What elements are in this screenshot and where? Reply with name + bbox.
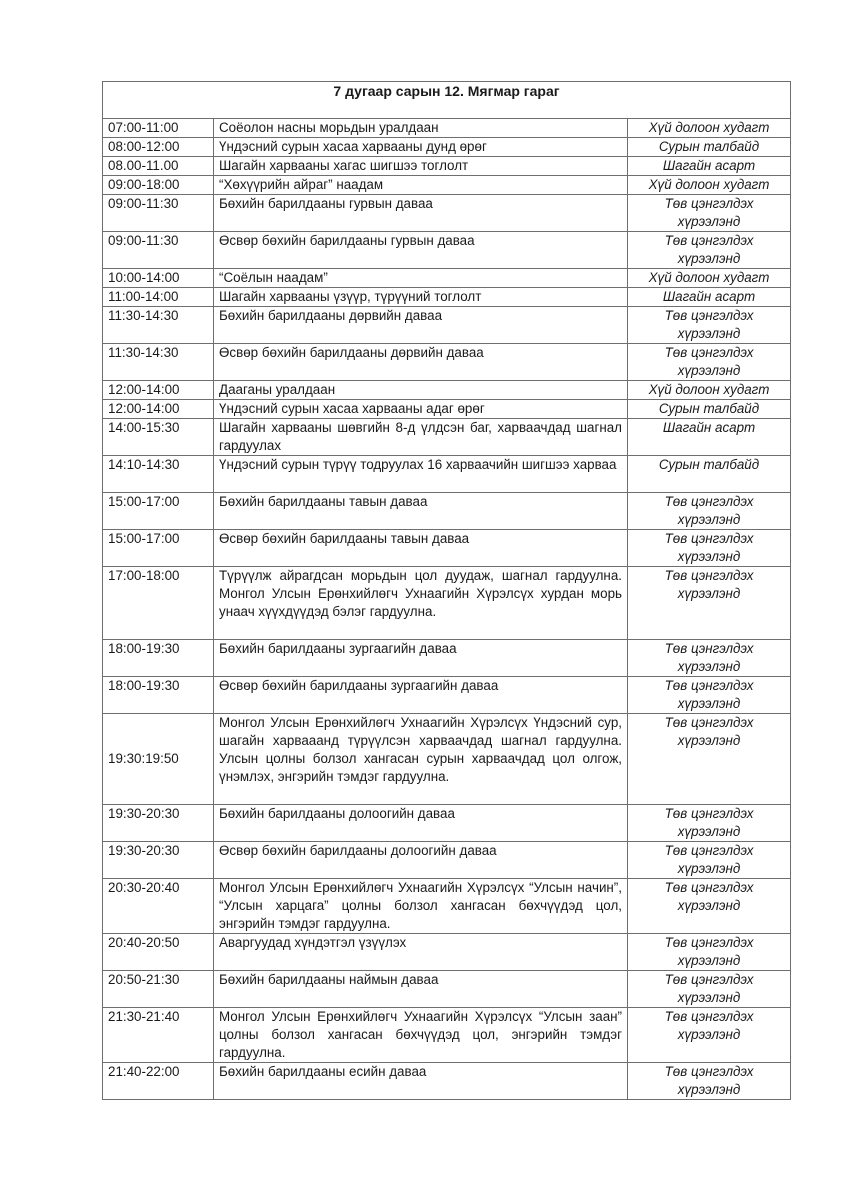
table-row: 08:00-12:00Үндэсний сурын хасаа харвааны… <box>103 138 791 157</box>
venue-cell: Төв цэнгэлдэх хүрээлэнд <box>628 842 791 879</box>
time-cell: 08:00-12:00 <box>103 138 214 157</box>
event-cell: Өсвөр бөхийн барилдааны тавын даваа <box>214 530 628 567</box>
venue-cell: Шагайн асарт <box>628 288 791 307</box>
table-row: 12:00-14:00Дааганы уралдаанХүй долоон ху… <box>103 381 791 400</box>
event-cell: Бөхийн барилдааны наймын даваа <box>214 971 628 1008</box>
time-cell: 09:00-11:30 <box>103 232 214 269</box>
table-row: 14:00-15:30Шагайн харвааны шөвгийн 8-д ү… <box>103 419 791 456</box>
event-cell: Бөхийн барилдааны дөрвийн даваа <box>214 307 628 344</box>
table-row: 09:00-11:30Бөхийн барилдааны гурвын дава… <box>103 195 791 232</box>
table-row: 11:30-14:30Бөхийн барилдааны дөрвийн дав… <box>103 307 791 344</box>
event-cell: “Соёлын наадам” <box>214 269 628 288</box>
time-cell: 18:00-19:30 <box>103 677 214 714</box>
venue-cell: Төв цэнгэлдэх хүрээлэнд <box>628 232 791 269</box>
table-row: 19:30:19:50Монгол Улсын Ерөнхийлөгч Ухна… <box>103 714 791 805</box>
schedule-table: 7 дугаар сарын 12. Мягмар гараг 07:00-11… <box>102 81 791 1100</box>
time-cell: 09:00-18:00 <box>103 176 214 195</box>
table-row: 11:00-14:00Шагайн харвааны үзүүр, түрүүн… <box>103 288 791 307</box>
venue-cell: Сурын талбайд <box>628 138 791 157</box>
venue-cell: Сурын талбайд <box>628 456 791 493</box>
time-cell: 11:30-14:30 <box>103 344 214 381</box>
time-cell: 20:50-21:30 <box>103 971 214 1008</box>
time-cell: 11:00-14:00 <box>103 288 214 307</box>
time-cell: 09:00-11:30 <box>103 195 214 232</box>
table-row: 18:00-19:30Бөхийн барилдааны зургаагийн … <box>103 640 791 677</box>
venue-cell: Төв цэнгэлдэх хүрээлэнд <box>628 344 791 381</box>
venue-cell: Төв цэнгэлдэх хүрээлэнд <box>628 307 791 344</box>
venue-cell: Төв цэнгэлдэх хүрээлэнд <box>628 934 791 971</box>
time-cell: 12:00-14:00 <box>103 381 214 400</box>
venue-cell: Төв цэнгэлдэх хүрээлэнд <box>628 493 791 530</box>
venue-cell: Төв цэнгэлдэх хүрээлэнд <box>628 971 791 1008</box>
time-cell: 07:00-11:00 <box>103 119 214 138</box>
table-row: 10:00-14:00“Соёлын наадам”Хүй долоон худ… <box>103 269 791 288</box>
event-cell: Өсвөр бөхийн барилдааны зургаагийн даваа <box>214 677 628 714</box>
event-cell: Бөхийн барилдааны тавын даваа <box>214 493 628 530</box>
table-row: 19:30-20:30Бөхийн барилдааны долоогийн д… <box>103 805 791 842</box>
table-row: 21:30-21:40Монгол Улсын Ерөнхийлөгч Ухна… <box>103 1008 791 1063</box>
time-cell: 15:00-17:00 <box>103 530 214 567</box>
document-page: 7 дугаар сарын 12. Мягмар гараг 07:00-11… <box>0 0 848 1200</box>
table-row: 11:30-14:30Өсвөр бөхийн барилдааны дөрви… <box>103 344 791 381</box>
event-cell: Өсвөр бөхийн барилдааны дөрвийн даваа <box>214 344 628 381</box>
venue-cell: Төв цэнгэлдэх хүрээлэнд <box>628 879 791 934</box>
event-cell: Бөхийн барилдааны долоогийн даваа <box>214 805 628 842</box>
page-title: 7 дугаар сарын 12. Мягмар гараг <box>103 82 791 119</box>
venue-cell: Шагайн асарт <box>628 419 791 456</box>
time-cell: 21:40-22:00 <box>103 1063 214 1100</box>
time-cell: 14:00-15:30 <box>103 419 214 456</box>
venue-cell: Төв цэнгэлдэх хүрээлэнд <box>628 195 791 232</box>
event-cell: Өсвөр бөхийн барилдааны долоогийн даваа <box>214 842 628 879</box>
event-cell: Соёолон насны морьдын уралдаан <box>214 119 628 138</box>
venue-cell: Төв цэнгэлдэх хүрээлэнд <box>628 567 791 640</box>
venue-cell: Хүй долоон худагт <box>628 381 791 400</box>
title-row: 7 дугаар сарын 12. Мягмар гараг <box>103 82 791 119</box>
event-cell: Монгол Улсын Ерөнхийлөгч Ухнаагийн Хүрэл… <box>214 1008 628 1063</box>
time-cell: 15:00-17:00 <box>103 493 214 530</box>
event-cell: Бөхийн барилдааны есийн даваа <box>214 1063 628 1100</box>
event-cell: “Хөхүүрийн айраг” наадам <box>214 176 628 195</box>
venue-cell: Хүй долоон худагт <box>628 269 791 288</box>
table-row: 19:30-20:30Өсвөр бөхийн барилдааны долоо… <box>103 842 791 879</box>
event-cell: Өсвөр бөхийн барилдааны гурвын даваа <box>214 232 628 269</box>
table-row: 07:00-11:00Соёолон насны морьдын уралдаа… <box>103 119 791 138</box>
time-cell: 19:30-20:30 <box>103 842 214 879</box>
time-cell: 21:30-21:40 <box>103 1008 214 1063</box>
table-row: 12:00-14:00Үндэсний сурын хасаа харвааны… <box>103 400 791 419</box>
venue-cell: Сурын талбайд <box>628 400 791 419</box>
event-cell: Үндэсний сурын хасаа харвааны дунд өрөг <box>214 138 628 157</box>
time-cell: 18:00-19:30 <box>103 640 214 677</box>
event-cell: Аваргуудад хүндэтгэл үзүүлэх <box>214 934 628 971</box>
time-cell: 20:30-20:40 <box>103 879 214 934</box>
table-row: 21:40-22:00Бөхийн барилдааны есийн даваа… <box>103 1063 791 1100</box>
time-cell: 12:00-14:00 <box>103 400 214 419</box>
venue-cell: Төв цэнгэлдэх хүрээлэнд <box>628 1008 791 1063</box>
event-cell: Шагайн харвааны шөвгийн 8-д үлдсэн баг, … <box>214 419 628 456</box>
table-row: 15:00-17:00Өсвөр бөхийн барилдааны тавын… <box>103 530 791 567</box>
table-row: 20:40-20:50Аваргуудад хүндэтгэл үзүүлэхТ… <box>103 934 791 971</box>
event-cell: Түрүүлж айрагдсан морьдын цол дуудаж, ша… <box>214 567 628 640</box>
event-cell: Үндэсний сурын хасаа харвааны адаг өрөг <box>214 400 628 419</box>
table-row: 09:00-18:00“Хөхүүрийн айраг” наадамХүй д… <box>103 176 791 195</box>
table-row: 14:10-14:30Үндэсний сурын түрүү тодруула… <box>103 456 791 493</box>
table-row: 20:30-20:40Монгол Улсын Ерөнхийлөгч Ухна… <box>103 879 791 934</box>
venue-cell: Төв цэнгэлдэх хүрээлэнд <box>628 530 791 567</box>
event-cell: Шагайн харвааны үзүүр, түрүүний тоглолт <box>214 288 628 307</box>
table-row: 15:00-17:00Бөхийн барилдааны тавын даваа… <box>103 493 791 530</box>
time-cell: 19:30:19:50 <box>103 714 214 805</box>
event-cell: Монгол Улсын Ерөнхийлөгч Ухнаагийн Хүрэл… <box>214 879 628 934</box>
table-row: 08.00-11.00Шагайн харвааны хагас шигшээ … <box>103 157 791 176</box>
event-cell: Дааганы уралдаан <box>214 381 628 400</box>
time-cell: 19:30-20:30 <box>103 805 214 842</box>
time-cell: 20:40-20:50 <box>103 934 214 971</box>
event-cell: Бөхийн барилдааны зургаагийн даваа <box>214 640 628 677</box>
table-row: 20:50-21:30Бөхийн барилдааны наймын дава… <box>103 971 791 1008</box>
time-cell: 08.00-11.00 <box>103 157 214 176</box>
table-row: 17:00-18:00Түрүүлж айрагдсан морьдын цол… <box>103 567 791 640</box>
event-cell: Бөхийн барилдааны гурвын даваа <box>214 195 628 232</box>
venue-cell: Төв цэнгэлдэх хүрээлэнд <box>628 714 791 805</box>
event-cell: Үндэсний сурын түрүү тодруулах 16 харваа… <box>214 456 628 493</box>
venue-cell: Төв цэнгэлдэх хүрээлэнд <box>628 640 791 677</box>
schedule-table-body: 7 дугаар сарын 12. Мягмар гараг 07:00-11… <box>103 82 791 1100</box>
venue-cell: Хүй долоон худагт <box>628 119 791 138</box>
venue-cell: Төв цэнгэлдэх хүрээлэнд <box>628 805 791 842</box>
time-cell: 17:00-18:00 <box>103 567 214 640</box>
table-row: 09:00-11:30Өсвөр бөхийн барилдааны гурвы… <box>103 232 791 269</box>
time-cell: 14:10-14:30 <box>103 456 214 493</box>
venue-cell: Хүй долоон худагт <box>628 176 791 195</box>
venue-cell: Төв цэнгэлдэх хүрээлэнд <box>628 677 791 714</box>
table-row: 18:00-19:30Өсвөр бөхийн барилдааны зурга… <box>103 677 791 714</box>
event-cell: Шагайн харвааны хагас шигшээ тоглолт <box>214 157 628 176</box>
venue-cell: Төв цэнгэлдэх хүрээлэнд <box>628 1063 791 1100</box>
time-cell: 10:00-14:00 <box>103 269 214 288</box>
venue-cell: Шагайн асарт <box>628 157 791 176</box>
event-cell: Монгол Улсын Ерөнхийлөгч Ухнаагийн Хүрэл… <box>214 714 628 805</box>
time-cell: 11:30-14:30 <box>103 307 214 344</box>
